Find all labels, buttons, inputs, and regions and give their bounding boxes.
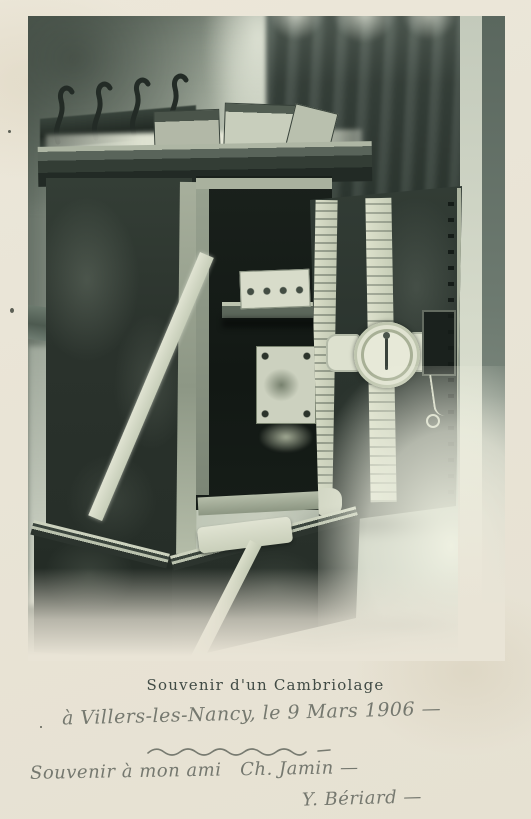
shelf-shadow xyxy=(222,318,318,328)
handwritten-dedication: Souvenir à mon ami Ch. Jamin — xyxy=(30,757,359,784)
safe-front-panel xyxy=(46,178,192,570)
postcard: Souvenir d'un Cambriolage à Villers-les-… xyxy=(0,0,531,819)
photo-fade-bottom xyxy=(28,568,505,661)
dial-pivot xyxy=(383,332,390,339)
card-speck xyxy=(10,308,14,313)
interior-lock-plate xyxy=(256,346,316,424)
curtain-rod-light xyxy=(266,16,470,58)
interior-top-edge xyxy=(196,178,332,189)
card-speck xyxy=(40,726,42,728)
card-speck xyxy=(8,130,11,133)
interior-left-edge xyxy=(196,189,209,495)
handwritten-signature: Y. Bériard — xyxy=(302,786,422,810)
burglary-photograph xyxy=(28,16,505,661)
cash-box xyxy=(239,269,310,309)
handwritten-date-line: à Villers-les-Nancy, le 9 Mars 1906 — xyxy=(62,697,482,730)
underline-flourish xyxy=(146,742,346,758)
printed-caption: Souvenir d'un Cambriolage xyxy=(0,676,531,694)
lock-debris xyxy=(260,422,312,452)
